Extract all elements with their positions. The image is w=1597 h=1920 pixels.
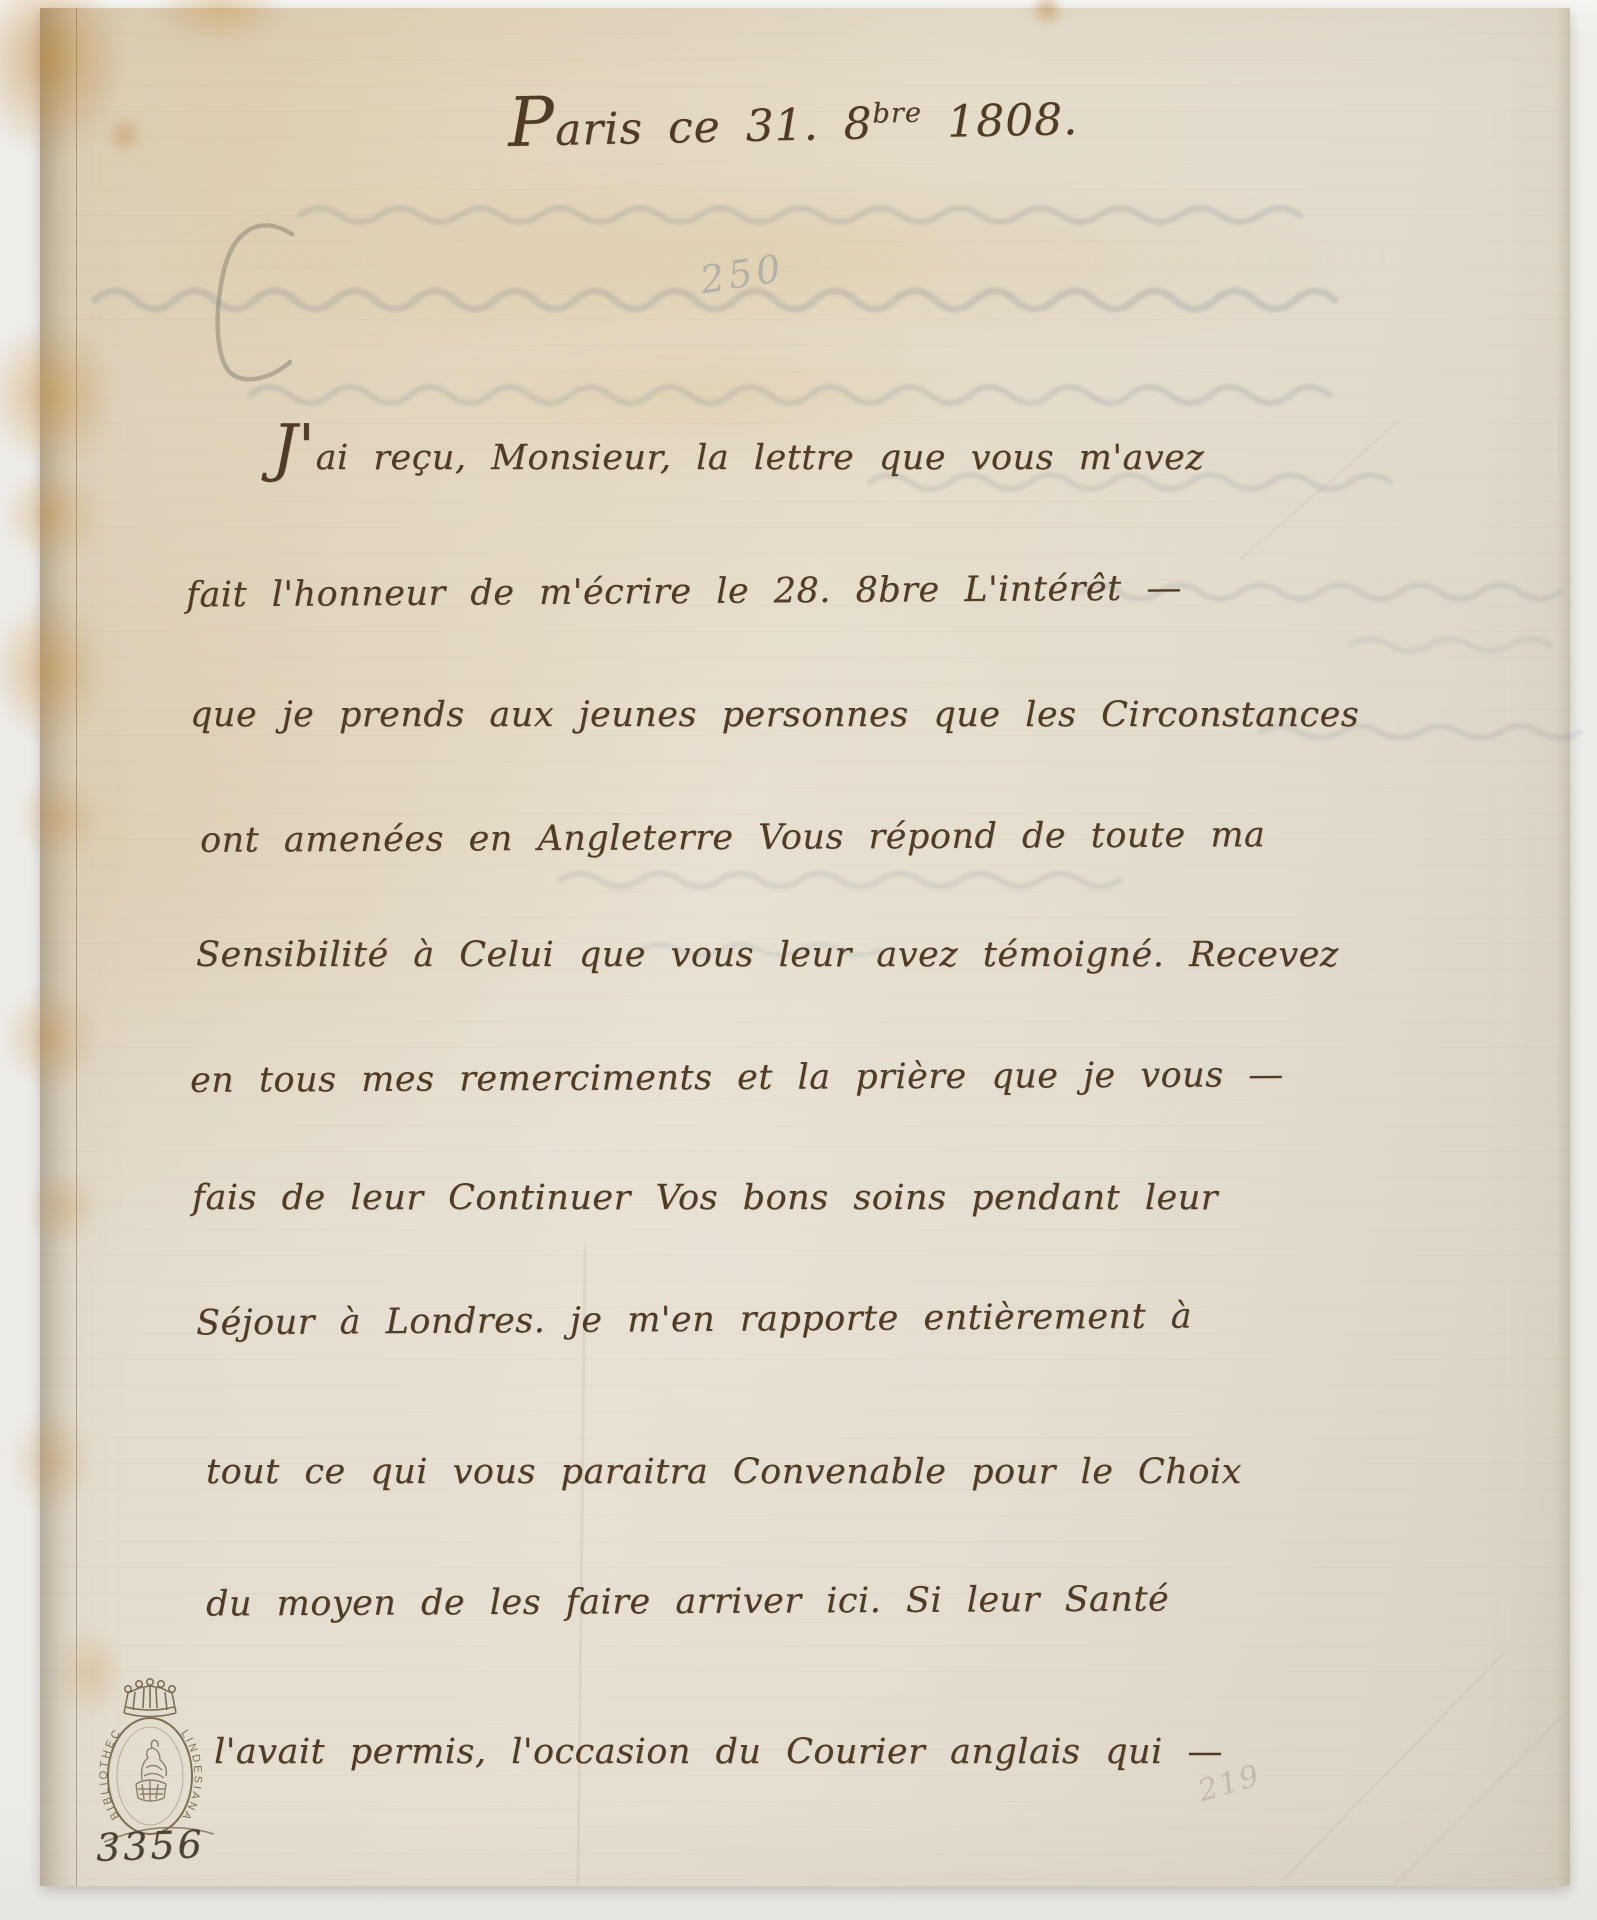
catalog-number-3356: 3356 [95, 1822, 205, 1870]
stamp-crest-bird-icon [136, 1740, 166, 1801]
stamp-text-left: BIBLIOTHECA [86, 1672, 124, 1822]
stamp-text-right: LINDESIANA [178, 1728, 203, 1824]
archival-photo-of-letter: { "page": { "background_color": "#efede9… [0, 0, 1597, 1920]
pencil-mark-c [200, 212, 330, 412]
stamp-oval-inner [117, 1727, 183, 1825]
stamp-crown-icon [124, 1679, 176, 1717]
